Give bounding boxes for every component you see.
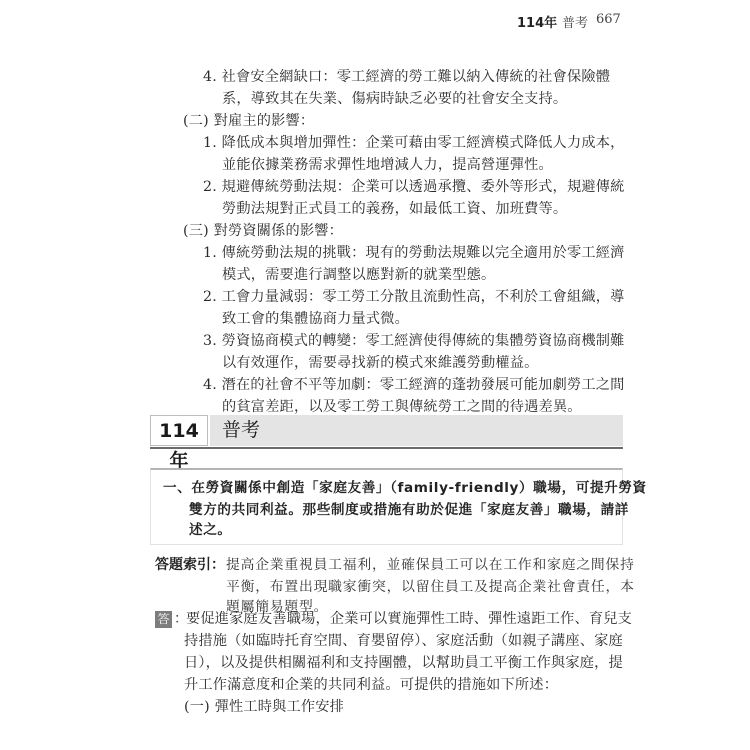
banner-bar: 普考: [210, 415, 623, 446]
item-line: 並能依據業務需求彈性地增減人力，提高營運彈性。: [222, 155, 553, 175]
item-line: 系，導致其在失業、傷病時缺乏必要的社會安全支持。: [222, 89, 567, 109]
item-line: 的貧富差距，以及零工勞工與傳統勞工之間的待遇差異。: [222, 397, 582, 417]
running-head: 114年 普考 667: [0, 12, 750, 32]
answer-subheading: (一) 彈性工時與工作安排: [184, 697, 344, 717]
item-line: 模式，需要進行調整以應對新的就業型態。: [222, 265, 495, 285]
answer-line: 持措施（如臨時托育空間、育嬰留停）、家庭活動（如親子講座、家庭: [184, 631, 623, 651]
item-line: 勞動法規對正式員工的義務，如最低工資、加班費等。: [222, 199, 567, 219]
answer-index-label: 答題索引：: [155, 555, 225, 575]
item-line: 3. 勞資協商模式的轉變：零工經濟使得傳統的集體勞資協商機制難: [203, 331, 625, 351]
item-line: 1. 降低成本與增加彈性：企業可藉由零工經濟模式降低人力成本，: [203, 133, 625, 153]
answer-badge-icon: 答: [155, 611, 172, 628]
running-head-exam: 普考: [562, 12, 588, 31]
question-box: 一、在勞資關係中創造「家庭友善」（family-friendly）職場，可提升勞…: [150, 468, 623, 545]
answer-line: 升工作滿意度和企業的共同利益。可提供的措施如下所述：: [184, 675, 558, 695]
question-line: 述之。: [189, 520, 232, 540]
item-line: 2. 工會力量減弱：零工勞工分散且流動性高，不利於工會組織，導: [203, 287, 625, 307]
section-heading: (二) 對雇主的影響：: [183, 111, 314, 131]
answer-index-line: 平衡，布置出現職家衝突，以留住員工及提高企業社會責任，本: [226, 577, 635, 597]
section-heading: (三) 對勞資關係的影響：: [183, 221, 343, 241]
running-head-year: 114年: [517, 12, 557, 31]
item-line: 4. 潛在的社會不平等加劇：零工經濟的蓬勃發展可能加劇勞工之間: [203, 375, 625, 395]
item-line: 4. 社會安全網缺口：零工經濟的勞工難以納入傳統的社會保險體: [203, 67, 610, 87]
answer-line: 日），以及提供相關福利和支持團體，以幫助員工平衡工作與家庭，提: [184, 653, 623, 673]
question-line: 一、在勞資關係中創造「家庭友善」（family-friendly）職場，可提升勞…: [163, 478, 647, 498]
question-line: 雙方的共同利益。那些制度或措施有助於促進「家庭友善」職場，請詳: [189, 500, 629, 520]
banner-underline: [150, 447, 623, 449]
banner-year: 114年: [150, 415, 208, 446]
item-line: 2. 規避傳統勞動法規：企業可以透過承攬、委外等形式，規避傳統: [203, 177, 625, 197]
answer-index-line: 提高企業重視員工福利，並確保員工可以在工作和家庭之間保持: [226, 555, 635, 575]
page-number: 667: [596, 12, 621, 27]
section-banner: 114年 普考: [150, 415, 623, 448]
item-line: 以有效運作，需要尋找新的模式來維護勞動權益。: [222, 353, 539, 373]
banner-exam: 普考: [222, 415, 260, 445]
item-line: 1. 傳統勞動法規的挑戰：現有的勞動法規難以完全適用於零工經濟: [203, 243, 625, 263]
answer-line: 要促進家庭友善職場，企業可以實施彈性工時、彈性遠距工作、育兒支: [186, 609, 632, 629]
item-line: 致工會的集體協商力量式微。: [222, 309, 409, 329]
